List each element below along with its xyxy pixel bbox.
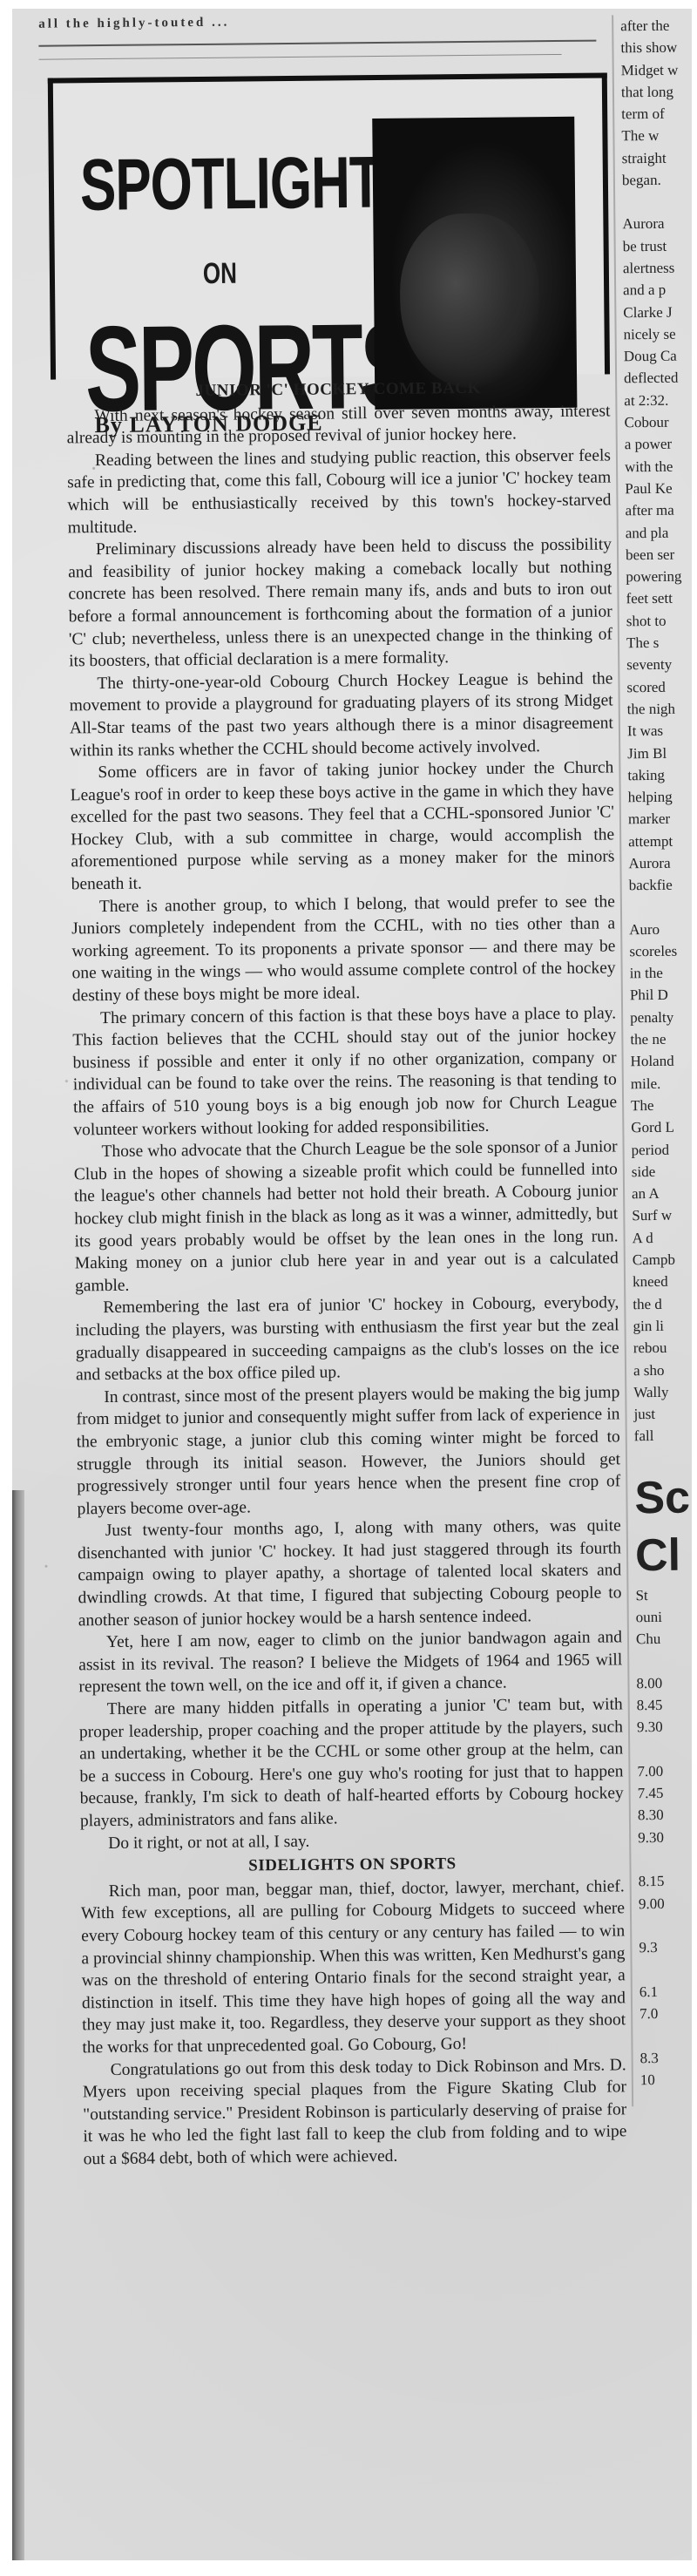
adjacent-column-line: term of (621, 103, 692, 125)
adjacent-column-line: powering (626, 565, 692, 587)
article-paragraph: Rich man, poor man, beggar man, thief, d… (81, 1875, 626, 2059)
adjacent-column-line: A d (632, 1226, 692, 1249)
adjacent-column-line: 10 (640, 2068, 692, 2091)
adjacent-column-line: been ser (626, 543, 692, 566)
adjacent-column-line: at 2:32. (624, 389, 692, 411)
adjacent-column-line: marker (628, 808, 692, 830)
adjacent-column-line: 7.45 (638, 1781, 692, 1804)
section-heading-junior-c: JUNIOR 'C' HOCKEY COME BACK (66, 376, 610, 403)
adjacent-column-line: The (631, 1094, 692, 1116)
adjacent-column-line: in the (630, 961, 692, 984)
adjacent-column-line: 8.15 (639, 1870, 692, 1893)
adjacent-column-line: mile. (631, 1072, 692, 1095)
adjacent-column-line: scoreles (629, 939, 692, 962)
adjacent-column-line: gin li (633, 1314, 692, 1337)
columnist-photo (372, 117, 577, 410)
article-paragraph: Remembering the last era of junior 'C' h… (75, 1292, 619, 1386)
adjacent-column-line: after ma (625, 499, 692, 522)
adjacent-column-line: scored (626, 675, 692, 698)
adjacent-column-line: ouni (636, 1605, 692, 1628)
adjacent-column-line: side (632, 1160, 692, 1183)
adjacent-column-line: and pla (626, 521, 692, 544)
adjacent-column-line: that long (621, 80, 692, 103)
article-paragraph: With next season's hockey season still o… (66, 400, 610, 450)
article-paragraph: Those who advocate that the Church Leagu… (73, 1136, 619, 1298)
column-title-on: ON (203, 256, 237, 292)
adjacent-column-line: backfie (629, 874, 692, 897)
adjacent-column-line: seventy (626, 654, 692, 676)
previous-article-fragment: all the highly-touted ... (38, 12, 596, 32)
adjacent-column-line: with the (625, 455, 692, 478)
adjacent-column-line: 9.30 (637, 1715, 692, 1738)
adjacent-column-line: Clarke J (623, 301, 692, 323)
article-paragraph: The thirty-one-year-old Cobourg Church H… (69, 668, 613, 762)
section-heading-sidelights: SIDELIGHTS ON SPORTS (80, 1852, 624, 1880)
adjacent-column-line: Paul Ke (625, 477, 692, 499)
adjacent-column-line: 8.45 (637, 1693, 692, 1716)
adjacent-column-line: helping (628, 785, 692, 808)
adjacent-column-line: 9.30 (638, 1826, 692, 1848)
adjacent-column-line: Surf w (632, 1204, 692, 1227)
adjacent-column-line: fall (634, 1425, 692, 1447)
adjacent-column-line: alertness (623, 256, 692, 279)
adjacent-column-line: a sho (633, 1359, 692, 1381)
adjacent-column-line: this show (620, 37, 692, 59)
adjacent-column-line: penalty (630, 1006, 692, 1028)
adjacent-column-line (638, 1847, 692, 1870)
adjacent-column-line: Cobour (624, 410, 692, 433)
adjacent-column-line: the ne (630, 1027, 692, 1050)
adjacent-column-line: just (633, 1402, 692, 1425)
adjacent-column-line: period (631, 1138, 692, 1161)
adjacent-column-line: 7.00 (637, 1759, 692, 1782)
adjacent-column-line: Gord L (631, 1116, 692, 1139)
adjacent-column-line: It was (627, 720, 692, 742)
article-paragraph: Yet, here I am now, eager to climb on th… (78, 1627, 623, 1699)
adjacent-column-line: shot to (626, 609, 692, 632)
article-paragraph: Reading between the lines and studying p… (67, 444, 612, 539)
article-paragraph: The primary concern of this faction is t… (72, 1002, 617, 1142)
page-content: all the highly-touted ... SPOTLIGHT ON S… (12, 9, 692, 2562)
adjacent-column-fragment: after thethis showMidget wthat longterm … (612, 14, 692, 2106)
column-title-spotlight: SPOTLIGHT (79, 141, 382, 227)
adjacent-column-line: 6.1 (639, 1980, 692, 2003)
adjacent-column-line: The s (626, 631, 692, 654)
article-paragraph: There are many hidden pitfalls in operat… (79, 1693, 624, 1833)
adjacent-column-line (639, 1914, 692, 1936)
top-rule-thin (39, 54, 562, 60)
adjacent-column-line: and a p (623, 279, 692, 302)
article-paragraph: Some officers are in favor of taking jun… (70, 757, 614, 897)
adjacent-column-line: 9.3 (639, 1935, 692, 1958)
adjacent-column-line (639, 1958, 692, 1981)
adjacent-column-line: St (635, 1583, 692, 1606)
adjacent-column-line: deflected (624, 367, 692, 390)
scan-edge-shadow (12, 1490, 24, 2562)
column-header-box: SPOTLIGHT ON SPORTS By LAYTON DODGE (48, 72, 610, 379)
article-paragraph: Just twenty-four months ago, I, along wi… (78, 1515, 622, 1632)
article-paragraph: Congratulations go out from this desk to… (83, 2054, 627, 2171)
adjacent-column-line: Phil D (630, 984, 692, 1007)
newspaper-clipping: all the highly-touted ... SPOTLIGHT ON S… (12, 9, 692, 2562)
adjacent-column-line: Holand (631, 1050, 692, 1073)
article-body: JUNIOR 'C' HOCKEY COME BACK With next se… (66, 376, 627, 2170)
adjacent-column-line: Sc (634, 1468, 692, 1527)
article-paragraphs: With next season's hockey season still o… (66, 400, 624, 1855)
adjacent-column-line: Chu (636, 1628, 692, 1651)
adjacent-column-line: rebou (633, 1337, 692, 1359)
adjacent-column-line: after the (620, 14, 692, 37)
adjacent-column-line (640, 2091, 692, 2107)
adjacent-column-line: the nigh (627, 697, 692, 720)
adjacent-column-line: Campb (633, 1248, 692, 1271)
adjacent-column-line (639, 2024, 692, 2047)
adjacent-column-line: taking (627, 763, 692, 786)
article-paragraph: Do it right, or not at all, I say. (80, 1827, 624, 1855)
article-paragraph: Preliminary discussions already have bee… (68, 534, 612, 674)
sidelights-paragraphs: Rich man, poor man, beggar man, thief, d… (81, 1875, 627, 2171)
adjacent-column-line: Aurora (628, 851, 692, 874)
adjacent-column-line: The w (621, 125, 692, 147)
scan-bottom-margin (0, 2560, 697, 2576)
adjacent-column-line: began. (622, 168, 692, 191)
adjacent-column-line: straight (622, 146, 692, 169)
adjacent-column-line: 8.00 (636, 1671, 692, 1694)
article-paragraph: In contrast, since most of the present p… (76, 1381, 620, 1521)
adjacent-column-line: the d (633, 1292, 692, 1315)
top-rule (38, 40, 596, 47)
adjacent-column-line: Aurora (622, 213, 692, 235)
adjacent-column-line: nicely se (623, 322, 692, 345)
adjacent-column-line: Wally (633, 1380, 692, 1403)
adjacent-column-line: 9.00 (639, 1892, 692, 1915)
adjacent-column-line: a power (625, 433, 692, 456)
adjacent-column-line (637, 1738, 692, 1760)
adjacent-column-line: 8.3 (639, 2046, 692, 2069)
adjacent-column-line: kneed (633, 1271, 692, 1293)
adjacent-column-line: Auro (629, 918, 692, 940)
adjacent-column-line: 7.0 (639, 2002, 692, 2024)
adjacent-column-line: Jim Bl (627, 742, 692, 764)
adjacent-column-line: feet sett (626, 587, 692, 610)
adjacent-column-line: Doug Ca (624, 345, 692, 368)
article-paragraph: There is another group, to which I belon… (71, 891, 616, 1007)
adjacent-column-line: an A (632, 1182, 692, 1204)
adjacent-column-line: Midget w (621, 58, 692, 81)
adjacent-column-line: 8.30 (638, 1804, 692, 1827)
adjacent-column-line: be trust (623, 234, 692, 257)
adjacent-column-line: attempt (628, 830, 692, 852)
adjacent-column-line: Cl (635, 1526, 692, 1584)
portrait-face (399, 213, 540, 389)
